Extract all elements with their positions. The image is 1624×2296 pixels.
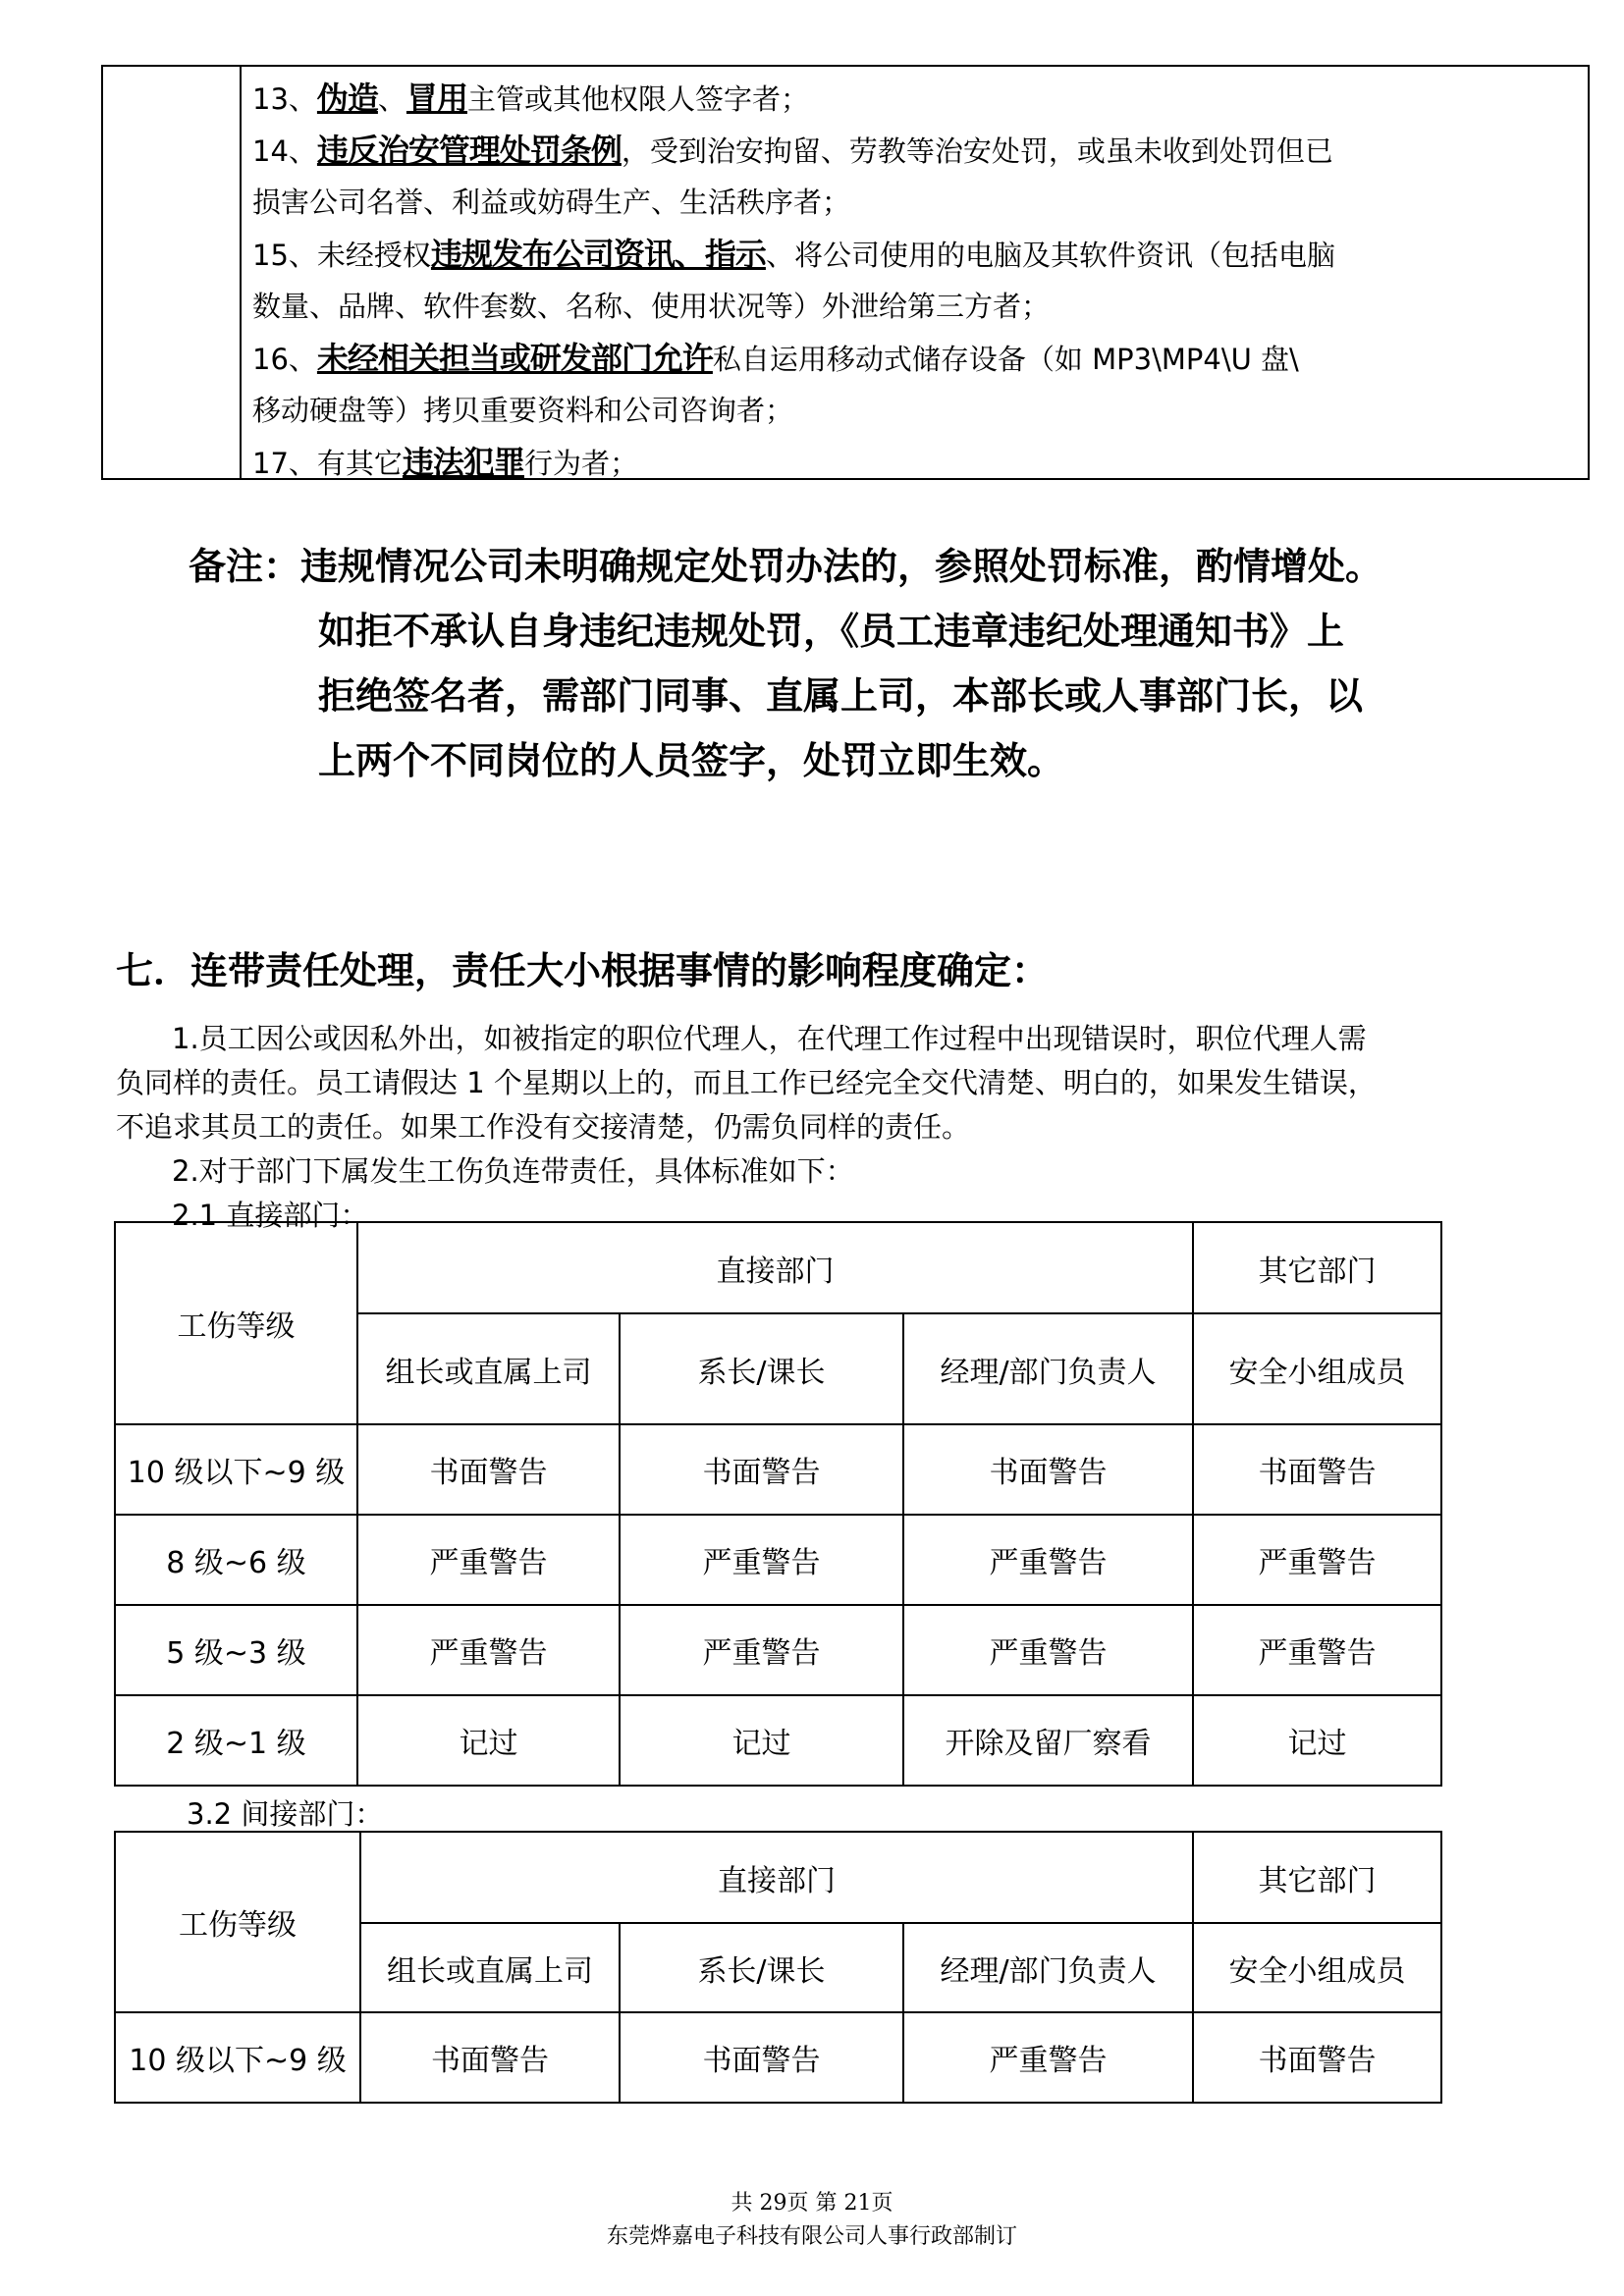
column-header: 经理/部门负责人 (903, 1313, 1193, 1424)
rule-emphasis: 违反治安管理处罚条例 (317, 132, 622, 169)
injury-level-cell: 10 级以下~9 级 (115, 1424, 357, 1515)
remark-text: 上两个不同岗位的人员签字，处罚立即生效。 (318, 739, 1064, 782)
corner-header: 工伤等级 (115, 1832, 360, 2012)
rule-number: 14、 (252, 134, 317, 168)
rule-line: 15、未经授权违规发布公司资讯、指示、将公司使用的电脑及其软件资讯（包括电脑 (252, 229, 1580, 281)
rule-text: 有其它 (317, 447, 403, 480)
rule-number: 16、 (252, 343, 317, 376)
rule-emphasis: 违法犯罪 (403, 444, 524, 481)
penalty-cell: 严重警告 (903, 1605, 1193, 1695)
rule-line: 17、有其它违法犯罪行为者； (252, 437, 1580, 489)
penalty-cell: 书面警告 (903, 1424, 1193, 1515)
direct-department-table: 工伤等级 直接部门 其它部门 组长或直属上司 系长/课长 经理/部门负责人 安全… (114, 1221, 1442, 1787)
penalty-cell: 严重警告 (1193, 1605, 1441, 1695)
remark-text: 违规情况公司未明确规定处罚办法的，参照处罚标准，酌情增处。 (300, 545, 1382, 588)
remark-line: 上两个不同岗位的人员签字，处罚立即生效。 (189, 728, 1583, 793)
rules-table-left-column (103, 67, 242, 478)
rule-number: 15、 (252, 239, 317, 272)
penalty-cell: 书面警告 (1193, 2012, 1441, 2103)
rule-text: 、将公司使用的电脑及其软件资讯（包括电脑 (766, 239, 1335, 272)
rule-text: 损害公司名誉、利益或妨碍生产、生活秩序者； (252, 186, 850, 219)
column-header: 安全小组成员 (1193, 1313, 1441, 1424)
group-header-other: 其它部门 (1193, 1832, 1441, 1923)
rule-text: ，受到治安拘留、劳教等治安处罚，或虽未收到处罚但已 (622, 134, 1333, 168)
penalty-cell: 书面警告 (1193, 1424, 1441, 1515)
rule-line: 13、伪造、冒用主管或其他权限人签字者； (252, 73, 1580, 125)
indirect-department-table: 工伤等级 直接部门 其它部门 组长或直属上司 系长/课长 经理/部门负责人 安全… (114, 1831, 1442, 2104)
rule-number: 13、 (252, 82, 317, 116)
table-row: 10 级以下~9 级书面警告书面警告严重警告书面警告 (115, 2012, 1441, 2103)
penalty-cell: 严重警告 (620, 1605, 903, 1695)
rule-text: 私自运用移动式储存设备（如 MP3\MP4\U 盘\ (713, 343, 1299, 376)
rule-text: 主管或其他权限人签字者； (467, 82, 809, 116)
rules-table-body: 13、伪造、冒用主管或其他权限人签字者；14、违反治安管理处罚条例，受到治安拘留… (252, 73, 1580, 489)
table-row: 8 级~6 级严重警告严重警告严重警告严重警告 (115, 1515, 1441, 1605)
rule-text: 数量、品牌、软件套数、名称、使用状况等）外泄给第三方者； (252, 290, 1050, 323)
rule-text: 移动硬盘等）拷贝重要资料和公司咨询者； (252, 394, 793, 427)
indirect-department-caption: 3.2 间接部门： (187, 1792, 383, 1833)
injury-level-cell: 8 级~6 级 (115, 1515, 357, 1605)
rule-text: 未经授权 (317, 239, 431, 272)
rule-emphasis: 伪造 (317, 80, 378, 117)
injury-level-cell: 10 级以下~9 级 (115, 2012, 360, 2103)
penalty-cell: 记过 (357, 1695, 620, 1786)
penalty-cell: 书面警告 (620, 1424, 903, 1515)
section-7-paragraph-line: 不追求其员工的责任。如果工作没有交接清楚，仍需负同样的责任。 (116, 1105, 1569, 1149)
rule-emphasis: 未经相关担当或研发部门允许 (317, 340, 713, 377)
page-number: 共 29页 第 21页 (0, 2187, 1624, 2220)
remark-label: 备注： (189, 545, 300, 588)
penalty-cell: 书面警告 (360, 2012, 620, 2103)
remark-line: 备注：违规情况公司未明确规定处罚办法的，参照处罚标准，酌情增处。 (189, 534, 1583, 599)
violation-rules-table: 13、伪造、冒用主管或其他权限人签字者；14、违反治安管理处罚条例，受到治安拘留… (101, 65, 1590, 480)
penalty-cell: 开除及留厂察看 (903, 1695, 1193, 1786)
remark-text: 如拒不承认自身违纪违规处罚，《员工违章违纪处理通知书》上 (318, 610, 1344, 653)
rule-number: 17、 (252, 447, 317, 480)
page-footer: 共 29页 第 21页 东莞烨嘉电子科技有限公司人事行政部制订 (0, 2187, 1624, 2254)
penalty-cell: 严重警告 (903, 1515, 1193, 1605)
remark-block: 备注：违规情况公司未明确规定处罚办法的，参照处罚标准，酌情增处。如拒不承认自身违… (189, 534, 1583, 793)
table-row: 2 级~1 级记过记过开除及留厂察看记过 (115, 1695, 1441, 1786)
column-header: 安全小组成员 (1193, 1923, 1441, 2012)
column-header: 系长/课长 (620, 1923, 903, 2012)
penalty-cell: 书面警告 (357, 1424, 620, 1515)
group-header-direct: 直接部门 (360, 1832, 1193, 1923)
rule-line: 16、未经相关担当或研发部门允许私自运用移动式储存设备（如 MP3\MP4\U … (252, 333, 1580, 385)
penalty-cell: 严重警告 (620, 1515, 903, 1605)
column-header: 组长或直属上司 (357, 1313, 620, 1424)
section-7-body: 1.员工因公或因私外出，如被指定的职位代理人，在代理工作过程中出现错误时，职位代… (116, 1017, 1569, 1238)
group-header-direct: 直接部门 (357, 1222, 1193, 1313)
section-7-heading: 七．连带责任处理，责任大小根据事情的影响程度确定： (116, 940, 1049, 994)
corner-header: 工伤等级 (115, 1222, 357, 1424)
penalty-cell: 严重警告 (1193, 1515, 1441, 1605)
rule-text: 行为者； (524, 447, 638, 480)
table-row: 10 级以下~9 级书面警告书面警告书面警告书面警告 (115, 1424, 1441, 1515)
company-credit: 东莞烨嘉电子科技有限公司人事行政部制订 (0, 2220, 1624, 2254)
rule-line: 移动硬盘等）拷贝重要资料和公司咨询者； (252, 385, 1580, 437)
section-7-paragraph-line: 负同样的责任。员工请假达 1 个星期以上的，而且工作已经完全交代清楚、明白的，如… (116, 1061, 1569, 1105)
rule-emphasis: 违规发布公司资讯、指示 (431, 236, 766, 273)
rule-line: 损害公司名誉、利益或妨碍生产、生活秩序者； (252, 177, 1580, 229)
group-header-other: 其它部门 (1193, 1222, 1441, 1313)
injury-level-cell: 5 级~3 级 (115, 1605, 357, 1695)
rule-text: 、 (378, 82, 406, 116)
penalty-cell: 严重警告 (357, 1515, 620, 1605)
remark-line: 拒绝签名者，需部门同事、直属上司，本部长或人事部门长，以 (189, 664, 1583, 728)
remark-line: 如拒不承认自身违纪违规处罚，《员工违章违纪处理通知书》上 (189, 599, 1583, 664)
table-row: 5 级~3 级严重警告严重警告严重警告严重警告 (115, 1605, 1441, 1695)
section-7-paragraph-line: 2.对于部门下属发生工伤负连带责任，具体标准如下： (116, 1149, 1569, 1194)
column-header: 组长或直属上司 (360, 1923, 620, 2012)
penalty-cell: 严重警告 (357, 1605, 620, 1695)
rule-line: 数量、品牌、软件套数、名称、使用状况等）外泄给第三方者； (252, 281, 1580, 333)
column-header: 系长/课长 (620, 1313, 903, 1424)
remark-text: 拒绝签名者，需部门同事、直属上司，本部长或人事部门长，以 (318, 674, 1363, 718)
rule-emphasis: 冒用 (406, 80, 467, 117)
penalty-cell: 严重警告 (903, 2012, 1193, 2103)
penalty-cell: 记过 (620, 1695, 903, 1786)
penalty-cell: 书面警告 (620, 2012, 903, 2103)
column-header: 经理/部门负责人 (903, 1923, 1193, 2012)
rule-line: 14、违反治安管理处罚条例，受到治安拘留、劳教等治安处罚，或虽未收到处罚但已 (252, 125, 1580, 177)
penalty-cell: 记过 (1193, 1695, 1441, 1786)
injury-level-cell: 2 级~1 级 (115, 1695, 357, 1786)
section-7-paragraph-line: 1.员工因公或因私外出，如被指定的职位代理人，在代理工作过程中出现错误时，职位代… (116, 1017, 1569, 1061)
